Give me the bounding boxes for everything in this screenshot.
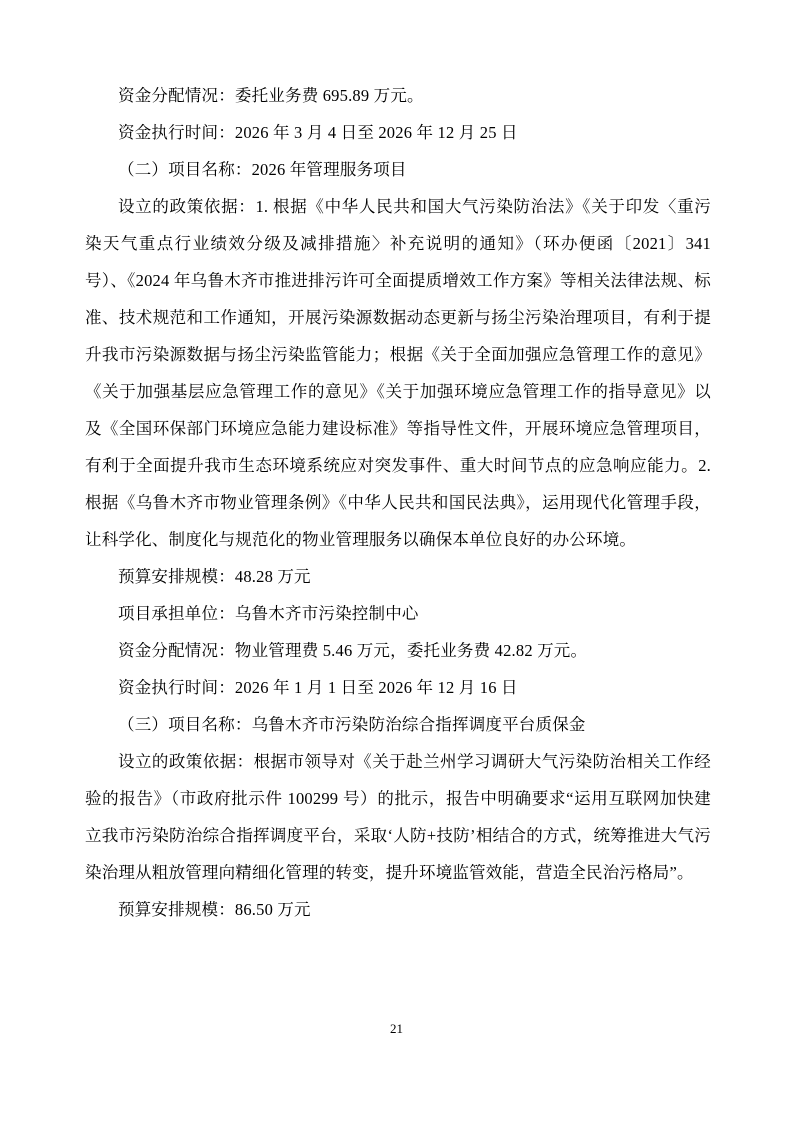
section-heading-project-3: （三）项目名称：乌鲁木齐市污染防治综合指挥调度平台质保金 [85,706,711,743]
document-page: 资金分配情况：委托业务费 695.89 万元。 资金执行时间：2026 年 3 … [0,0,793,1122]
field-line-fund-execution-2: 资金执行时间：2026 年 1 月 1 日至 2026 年 12 月 16 日 [85,669,711,706]
page-number: 21 [0,1020,793,1038]
body-paragraph-policy-basis-2: 设立的政策依据：1. 根据《中华人民共和国大气污染防治法》《关于印发〈重污染天气… [85,188,711,558]
document-body: 资金分配情况：委托业务费 695.89 万元。 资金执行时间：2026 年 3 … [85,77,711,928]
section-heading-project-2: （二）项目名称：2026 年管理服务项目 [85,151,711,188]
body-paragraph-policy-basis-3: 设立的政策依据：根据市领导对《关于赴兰州学习调研大气污染防治相关工作经验的报告》… [85,743,711,891]
field-line-budget-scale-3: 预算安排规模：86.50 万元 [85,891,711,928]
field-line-fund-allocation-1: 资金分配情况：委托业务费 695.89 万元。 [85,77,711,114]
field-line-fund-allocation-2: 资金分配情况：物业管理费 5.46 万元，委托业务费 42.82 万元。 [85,632,711,669]
field-line-fund-execution-1: 资金执行时间：2026 年 3 月 4 日至 2026 年 12 月 25 日 [85,114,711,151]
field-line-budget-scale-2: 预算安排规模：48.28 万元 [85,558,711,595]
field-line-undertaking-unit-2: 项目承担单位：乌鲁木齐市污染控制中心 [85,595,711,632]
